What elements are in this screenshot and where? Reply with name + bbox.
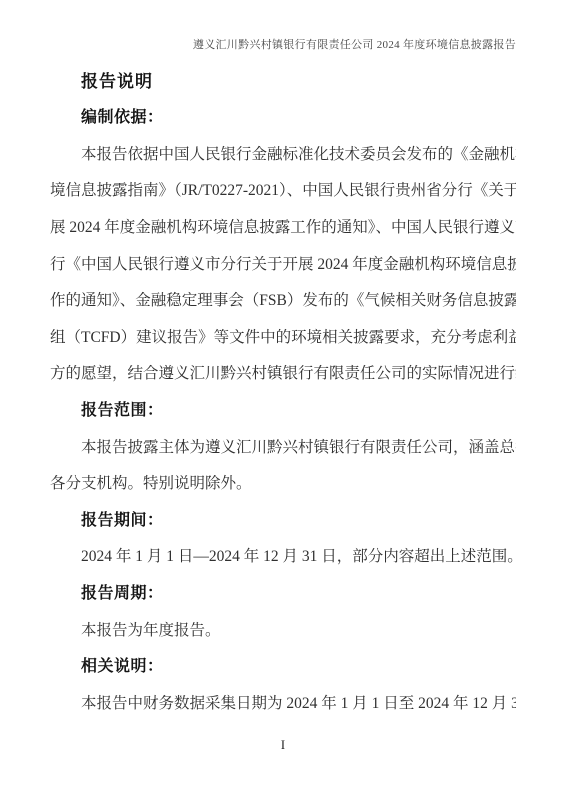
section-heading: 报告周期：: [50, 576, 516, 613]
section-heading: 报告期间：: [50, 503, 516, 540]
body-line: 本报告依据中国人民银行金融标准化技术委员会发布的《金融机构环: [50, 137, 516, 174]
body-line: 方的愿望，结合遵义汇川黔兴村镇银行有限责任公司的实际情况进行编制。: [50, 356, 516, 393]
body-line: 组（TCFD）建议报告》等文件中的环境相关披露要求，充分考虑利益相关: [50, 320, 516, 357]
page-number: I: [0, 738, 566, 753]
body-line: 2024 年 1 月 1 日—2024 年 12 月 31 日，部分内容超出上述…: [50, 539, 516, 576]
body-line: 本报告披露主体为遵义汇川黔兴村镇银行有限责任公司，涵盖总行及: [50, 430, 516, 467]
running-header: 遵义汇川黔兴村镇银行有限责任公司 2024 年度环境信息披露报告: [50, 27, 516, 64]
body-line: 本报告中财务数据采集日期为 2024 年 1 月 1 日至 2024 年 12 …: [50, 686, 516, 723]
document-body: 编制依据：本报告依据中国人民银行金融标准化技术委员会发布的《金融机构环境信息披露…: [50, 100, 516, 722]
doc-title: 报告说明: [50, 64, 516, 101]
body-line: 各分支机构。特别说明除外。: [50, 466, 516, 503]
body-line: 境信息披露指南》（JR/T0227-2021）、中国人民银行贵州省分行《关于开: [50, 173, 516, 210]
body-line: 展 2024 年度金融机构环境信息披露工作的通知》、中国人民银行遵义市分: [50, 210, 516, 247]
body-line: 作的通知》、金融稳定理事会（FSB）发布的《气候相关财务信息披露工作: [50, 283, 516, 320]
body-line: 行《中国人民银行遵义市分行关于开展 2024 年度金融机构环境信息披露工: [50, 247, 516, 284]
section-heading: 相关说明：: [50, 649, 516, 686]
section-heading: 编制依据：: [50, 100, 516, 137]
report-page: 遵义汇川黔兴村镇银行有限责任公司 2024 年度环境信息披露报告 报告说明 编制…: [0, 0, 566, 800]
section-heading: 报告范围：: [50, 393, 516, 430]
page-content: 遵义汇川黔兴村镇银行有限责任公司 2024 年度环境信息披露报告 报告说明 编制…: [0, 0, 566, 722]
body-line: 本报告为年度报告。: [50, 613, 516, 650]
